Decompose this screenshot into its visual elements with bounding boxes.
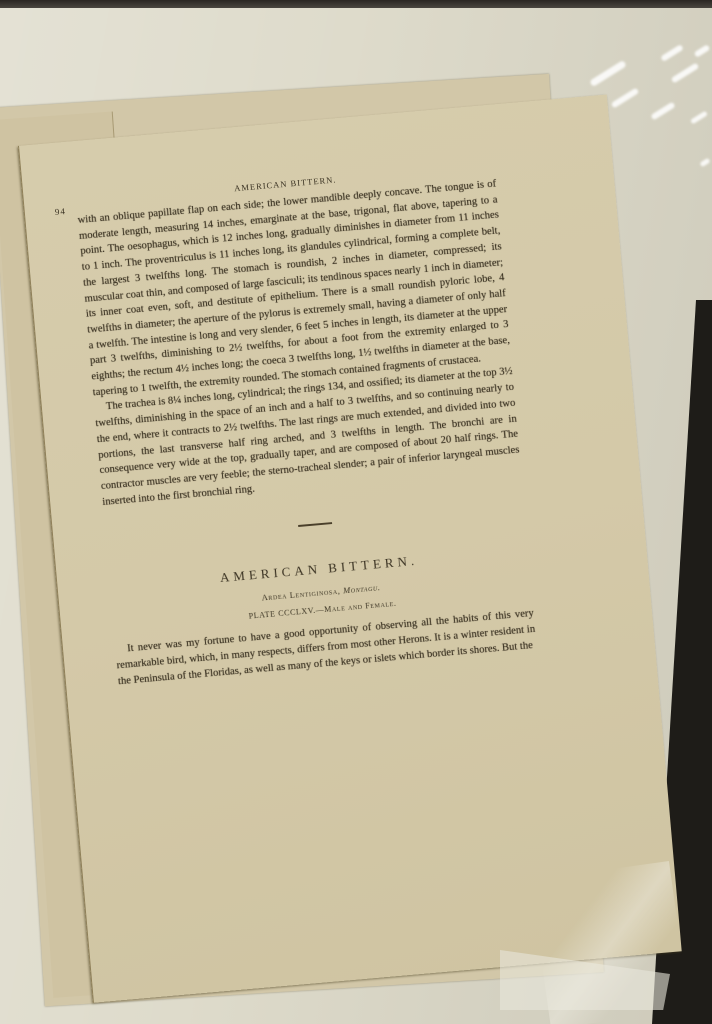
latin-name: Ardea Lentiginosa, <box>261 586 341 603</box>
latin-author: Montagu. <box>343 582 381 595</box>
anatomy-text: with an oblique papillate flap on each s… <box>77 177 521 511</box>
photo-top-edge <box>0 0 712 8</box>
running-head-title: AMERICAN BITTERN. <box>234 174 337 193</box>
book-page: 94 AMERICAN BITTERN. with an oblique pap… <box>18 94 682 1002</box>
page-content: 94 AMERICAN BITTERN. with an oblique pap… <box>76 161 537 690</box>
section-divider-rule <box>298 522 332 527</box>
anatomy-paragraph-1: with an oblique papillate flap on each s… <box>77 177 512 401</box>
page-number: 94 <box>54 206 66 217</box>
